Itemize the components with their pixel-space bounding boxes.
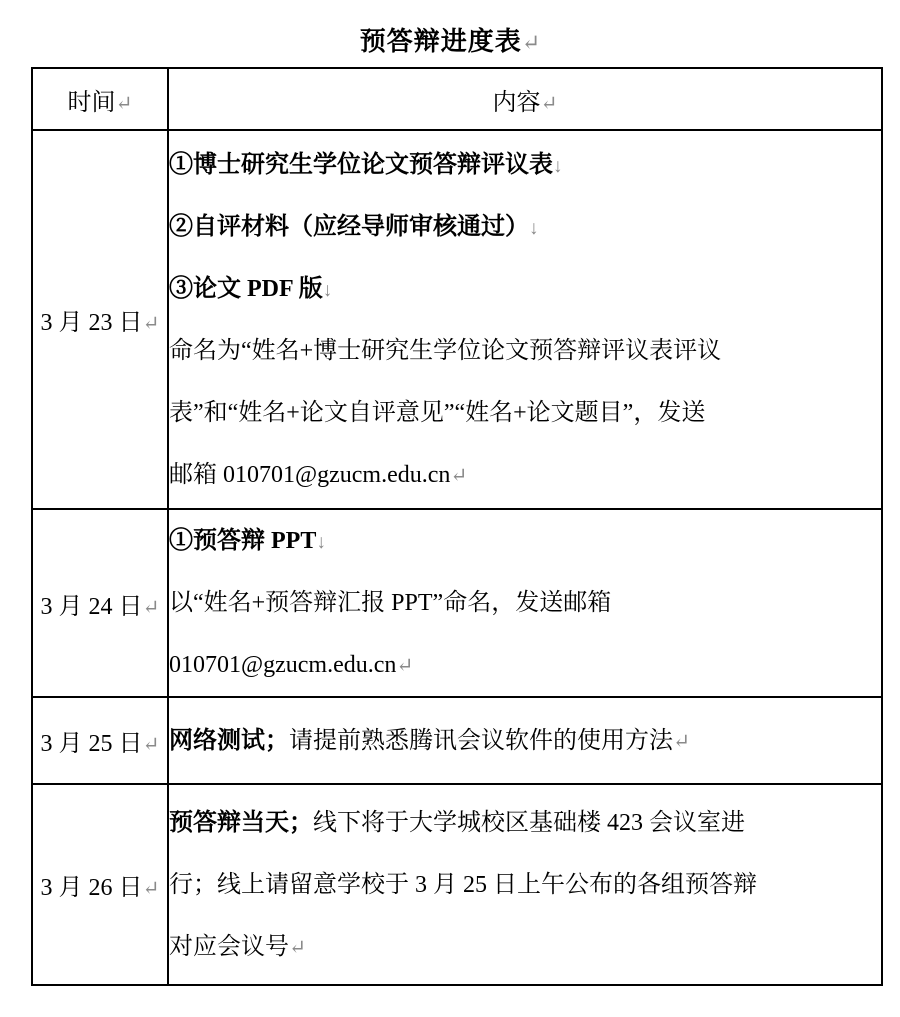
header-time-label: 时间 [67, 90, 115, 116]
content-cell: ①博士研究生学位论文预答辩评议表↓ ②自评材料（应经导师审核通过）↓ ③论文 P… [168, 130, 882, 509]
content-line: 行；线上请留意学校于 3 月 25 日上午公布的各组预答辩 [169, 854, 881, 916]
table-row: 3 月 26 日↵ 预答辩当天；线下将于大学城校区基础楼 423 会议室进 行；… [32, 784, 882, 985]
regular-text: 行；线上请留意学校于 3 月 25 日上午公布的各组预答辩 [169, 872, 757, 898]
content-line: ②自评材料（应经导师审核通过）↓ [169, 196, 881, 258]
paragraph-mark: ↵ [396, 655, 413, 677]
line-break-mark: ↓ [529, 218, 539, 239]
date-cell: 3 月 24 日↵ [32, 509, 168, 697]
paragraph-mark: ↵ [142, 597, 159, 619]
paragraph-mark: ↵ [540, 93, 557, 115]
content-line: 010701@gzucm.edu.cn↵ [169, 634, 881, 696]
header-cell-time: 时间↵ [32, 68, 168, 130]
content-cell: 网络测试；请提前熟悉腾讯会议软件的使用方法↵ [168, 697, 882, 784]
table-header-row: 时间↵ 内容↵ [32, 68, 882, 130]
regular-text: 010701@gzucm.edu.cn [169, 652, 396, 678]
bold-text: ③论文 PDF 版 [169, 276, 323, 302]
content-line: 网络测试；请提前熟悉腾讯会议软件的使用方法↵ [169, 710, 881, 772]
regular-text: 以“姓名+预答辩汇报 PPT”命名，发送邮箱 [169, 590, 611, 616]
paragraph-mark: ↵ [142, 313, 159, 335]
content-line: 邮箱 010701@gzucm.edu.cn↵ [169, 444, 881, 506]
content-line: 以“姓名+预答辩汇报 PPT”命名，发送邮箱 [169, 572, 881, 634]
table-row: 3 月 23 日↵ ①博士研究生学位论文预答辩评议表↓ ②自评材料（应经导师审核… [32, 130, 882, 509]
bold-text: 预答辩当天； [169, 810, 313, 836]
date-text: 3 月 23 日 [40, 310, 142, 336]
content-line: 表”和“姓名+论文自评意见”“姓名+论文题目”，发送 [169, 382, 881, 444]
bold-text: ①博士研究生学位论文预答辩评议表 [169, 152, 553, 178]
date-cell: 3 月 23 日↵ [32, 130, 168, 509]
line-break-mark: ↓ [553, 156, 563, 177]
regular-text: 线下将于大学城校区基础楼 423 会议室进 [313, 810, 745, 836]
date-text: 3 月 24 日 [40, 594, 142, 620]
table-row: 3 月 24 日↵ ①预答辩 PPT↓ 以“姓名+预答辩汇报 PPT”命名，发送… [32, 509, 882, 697]
content-line: ①预答辩 PPT↓ [169, 510, 881, 572]
header-cell-content: 内容↵ [168, 68, 882, 130]
table-row: 3 月 25 日↵ 网络测试；请提前熟悉腾讯会议软件的使用方法↵ [32, 697, 882, 784]
date-cell: 3 月 26 日↵ [32, 784, 168, 985]
regular-text: 请提前熟悉腾讯会议软件的使用方法 [289, 728, 673, 754]
regular-text: 邮箱 010701@gzucm.edu.cn [169, 462, 450, 488]
header-content-label: 内容 [492, 90, 540, 116]
regular-text: 表”和“姓名+论文自评意见”“姓名+论文题目”，发送 [169, 400, 705, 426]
paragraph-mark: ↵ [115, 93, 132, 115]
paragraph-mark: ↵ [289, 937, 306, 959]
line-break-mark: ↓ [323, 280, 333, 301]
page-title-text: 预答辩进度表 [360, 27, 522, 56]
content-line: 预答辩当天；线下将于大学城校区基础楼 423 会议室进 [169, 792, 881, 854]
bold-text: ①预答辩 PPT [169, 528, 316, 554]
schedule-table: 时间↵ 内容↵ 3 月 23 日↵ ①博士研究生学位论文预答辩评议表↓ ②自评材… [31, 67, 883, 986]
line-break-mark: ↓ [316, 532, 326, 553]
paragraph-mark: ↵ [450, 465, 467, 487]
regular-text: 对应会议号 [169, 934, 289, 960]
bold-text: ②自评材料（应经导师审核通过） [169, 214, 529, 240]
date-text: 3 月 26 日 [40, 875, 142, 901]
content-line: 对应会议号↵ [169, 916, 881, 978]
content-line: ①博士研究生学位论文预答辩评议表↓ [169, 134, 881, 196]
paragraph-mark: ↵ [142, 878, 159, 900]
paragraph-mark: ↵ [522, 30, 541, 55]
bold-text: 网络测试； [169, 728, 289, 754]
content-cell: 预答辩当天；线下将于大学城校区基础楼 423 会议室进 行；线上请留意学校于 3… [168, 784, 882, 985]
content-line: ③论文 PDF 版↓ [169, 258, 881, 320]
content-cell: ①预答辩 PPT↓ 以“姓名+预答辩汇报 PPT”命名，发送邮箱 010701@… [168, 509, 882, 697]
regular-text: 命名为“姓名+博士研究生学位论文预答辩评议表评议 [169, 338, 721, 364]
date-cell: 3 月 25 日↵ [32, 697, 168, 784]
page-title: 预答辩进度表↵ [0, 17, 900, 67]
date-text: 3 月 25 日 [40, 731, 142, 757]
paragraph-mark: ↵ [673, 731, 690, 753]
content-line: 命名为“姓名+博士研究生学位论文预答辩评议表评议 [169, 320, 881, 382]
paragraph-mark: ↵ [142, 734, 159, 756]
